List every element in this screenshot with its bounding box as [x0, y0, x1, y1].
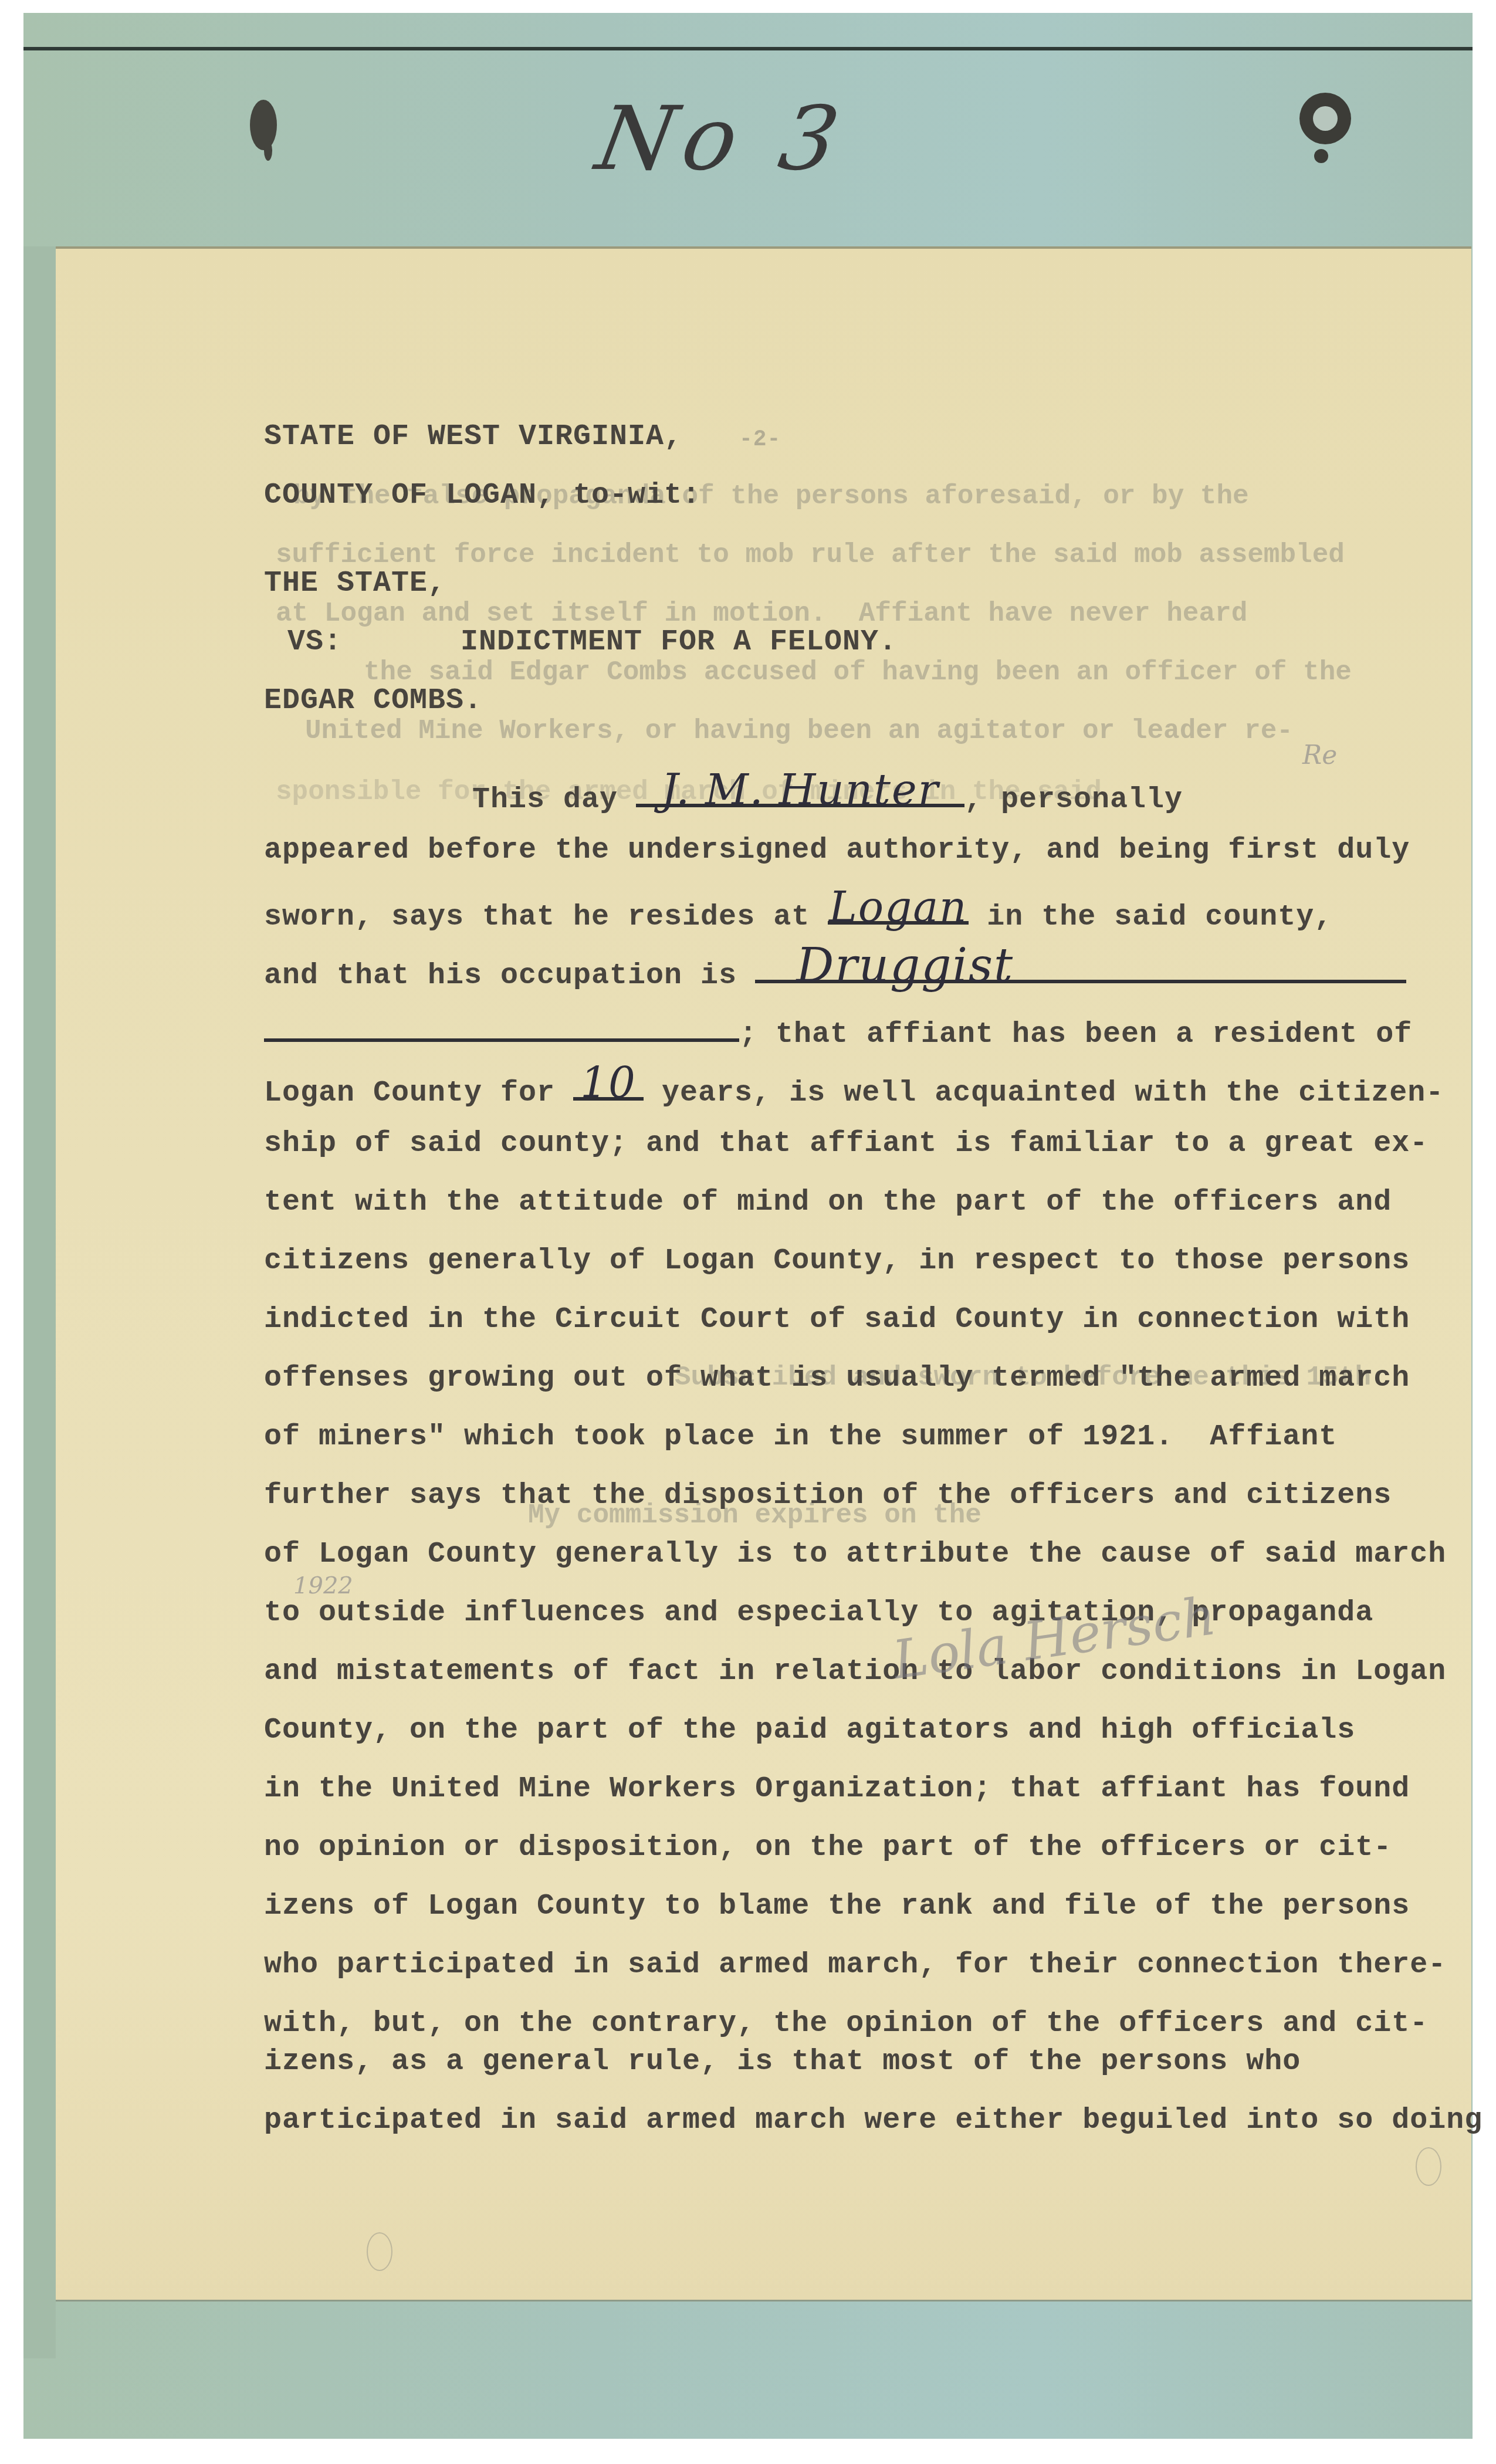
body-text: in the said county,: [969, 901, 1332, 934]
body-text: , personally: [964, 783, 1183, 817]
body-text: sworn, says that he resides at: [264, 901, 828, 934]
residence-handwritten: Logan: [828, 889, 969, 925]
body-line-18: in the United Mine Workers Organization;…: [264, 1772, 1410, 1807]
body-line-2: appeared before the undersigned authorit…: [264, 833, 1410, 868]
punch-hole-left-icon: [250, 100, 277, 150]
file-number-handwritten: No 3: [590, 88, 854, 190]
body-line-24: participated in said armed march were ei…: [264, 2103, 1483, 2138]
body-line-22: with, but, on the contrary, the opinion …: [264, 2006, 1428, 2042]
affiant-name-field: J. M. Hunter: [636, 774, 964, 807]
body-line-14: of Logan County generally is to attribut…: [264, 1537, 1446, 1572]
margin-note-year: 1922: [293, 1572, 353, 1599]
body-line-1: This day J. M. Hunter, personally: [472, 774, 1183, 818]
body-line-12: of miners" which took place in the summe…: [264, 1420, 1337, 1455]
body-line-23: izens, as a general rule, is that most o…: [264, 2045, 1301, 2080]
bleed-through-line: United Mine Workers, or having been an a…: [305, 715, 1293, 747]
punch-mark-ghost-icon: [1416, 2147, 1441, 2186]
years-handwritten: 10: [573, 1065, 644, 1101]
punch-hole-right-center: [1313, 106, 1338, 131]
body-text: years, is well acquainted with the citiz…: [644, 1077, 1444, 1110]
body-text: This day: [472, 783, 636, 817]
body-line-20: izens of Logan County to blame the rank …: [264, 1889, 1410, 1924]
mount-left-strip: [23, 246, 56, 2358]
affiant-name-handwritten: J. M. Hunter: [636, 772, 964, 807]
caption-charge: INDICTMENT FOR A FELONY.: [461, 625, 897, 660]
punch-mark-ghost-icon: [367, 2232, 392, 2271]
margin-note-top-right: Re: [1302, 740, 1337, 770]
body-line-7: ship of said county; and that affiant is…: [264, 1126, 1428, 1162]
body-line-6: Logan County for 10 years, is well acqua…: [264, 1068, 1444, 1111]
body-line-13: further says that the disposition of the…: [264, 1478, 1392, 1514]
body-line-21: who participated in said armed march, fo…: [264, 1948, 1446, 1983]
residence-field: Logan: [828, 892, 969, 925]
caption-county: COUNTY OF LOGAN, to-wit:: [264, 478, 700, 513]
body-line-4: and that his occupation is Druggist: [264, 950, 1406, 994]
body-text: Logan County for: [264, 1077, 573, 1110]
body-text: ; that affiant has been a resident of: [739, 1018, 1412, 1051]
occupation-field-continued: [264, 1009, 739, 1042]
body-line-17: County, on the part of the paid agitator…: [264, 1713, 1355, 1748]
years-field: 10: [573, 1068, 644, 1101]
body-line-16: and mistatements of fact in relation to …: [264, 1654, 1446, 1690]
occupation-handwritten: Druggist: [755, 948, 1406, 983]
caption-defendant: EDGAR COMBS.: [264, 683, 482, 719]
punch-hole-right-dot-icon: [1314, 149, 1328, 163]
caption-plaintiff: THE STATE,: [264, 566, 446, 601]
frame-top-rule: [23, 47, 1473, 50]
body-line-3: sworn, says that he resides at Logan in …: [264, 892, 1332, 935]
body-text: and that his occupation is: [264, 959, 755, 993]
body-line-8: tent with the attitude of mind on the pa…: [264, 1185, 1392, 1220]
occupation-field: Druggist: [755, 950, 1406, 983]
body-line-10: indicted in the Circuit Court of said Co…: [264, 1302, 1410, 1338]
caption-state: STATE OF WEST VIRGINIA,: [264, 419, 682, 455]
body-line-5: ; that affiant has been a resident of: [264, 1009, 1412, 1052]
body-line-19: no opinion or disposition, on the part o…: [264, 1830, 1392, 1866]
punch-hole-left-tail-icon: [264, 141, 272, 161]
body-line-9: citizens generally of Logan County, in r…: [264, 1244, 1410, 1279]
body-line-11: offenses growing out of what is usually …: [264, 1361, 1410, 1396]
bleed-through-line: the said Edgar Combs accused of having b…: [364, 656, 1352, 689]
page-number: -2-: [739, 422, 781, 458]
caption-vs: VS:: [287, 625, 342, 660]
